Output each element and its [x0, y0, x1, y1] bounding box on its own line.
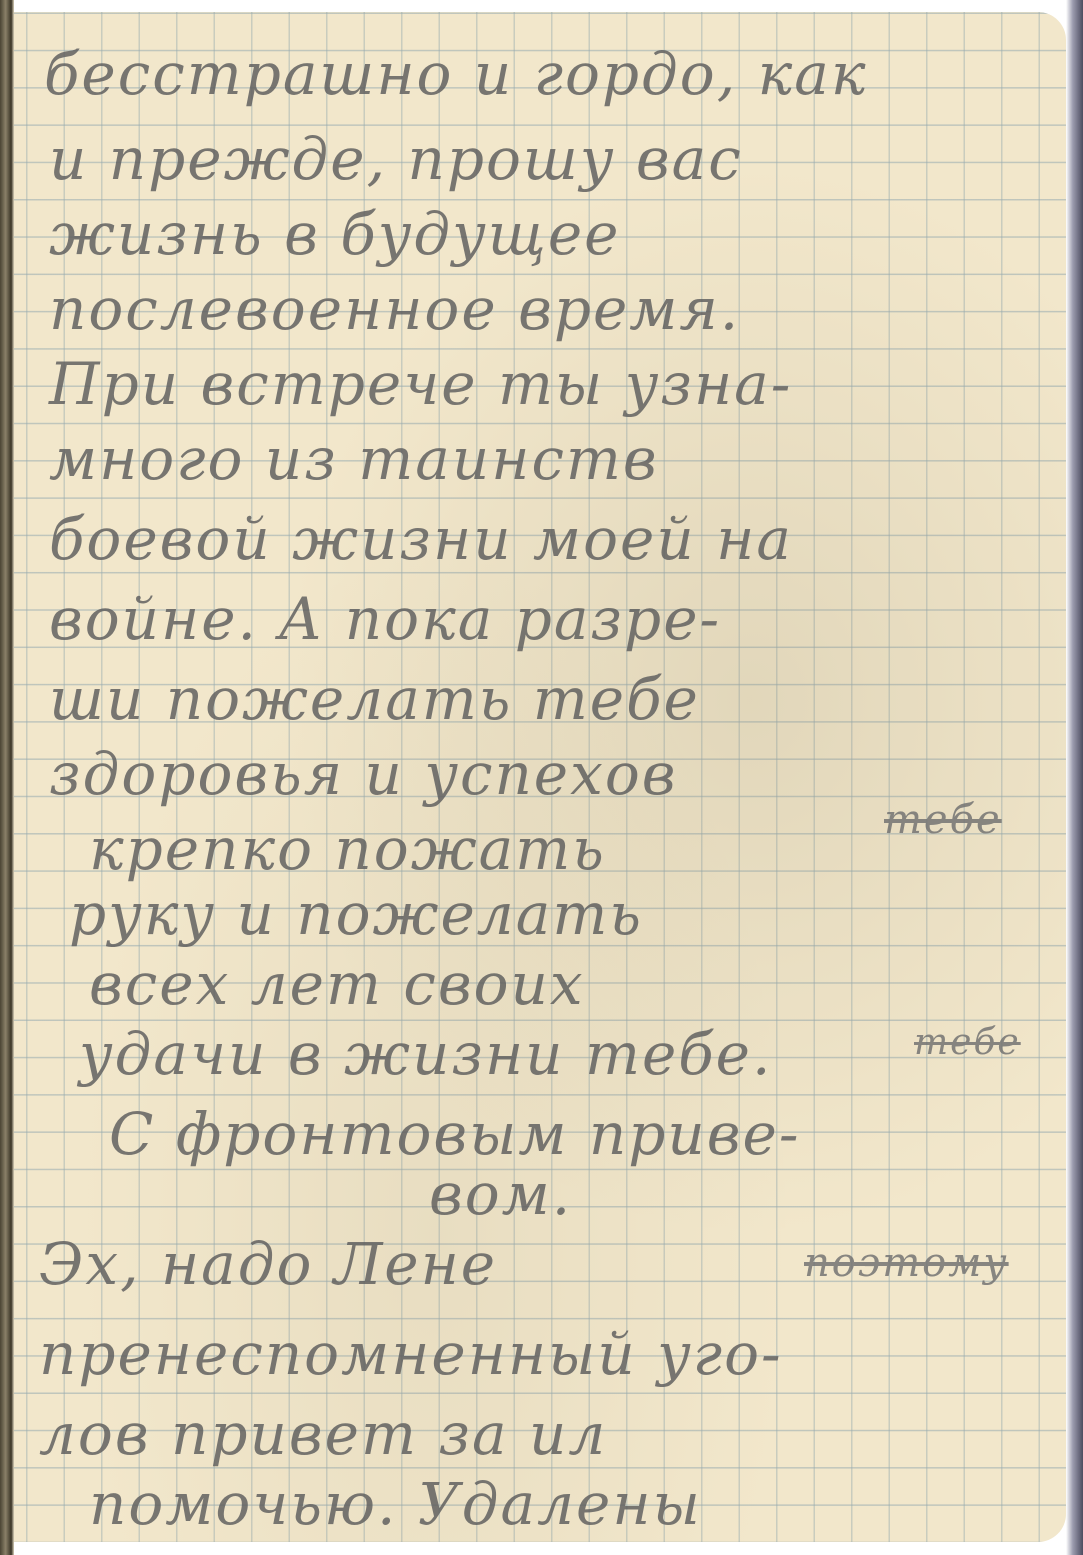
- text-line: послевоенное время.: [49, 275, 740, 343]
- crossed-out-word: тебе: [914, 1022, 1021, 1063]
- text-line: боевой жизни моей на: [49, 505, 793, 573]
- text-line: здоровья и успехов: [49, 740, 678, 808]
- text-line: войне. А пока разре-: [49, 585, 721, 653]
- text-line: пренеспомненный уго-: [39, 1320, 783, 1388]
- text-line: и прежде, прошу вас: [49, 125, 743, 193]
- text-line: Эх, надо Лене: [39, 1230, 497, 1298]
- text-line: удачи в жизни тебе.: [79, 1020, 772, 1088]
- text-line: ши пожелать тебе: [49, 665, 700, 733]
- text-line: бесстрашно и гордо, как: [44, 40, 867, 108]
- text-line: руку и пожелать: [69, 880, 643, 948]
- text-line: жизнь в будущее: [49, 200, 620, 268]
- text-line: лов привет за ил: [39, 1400, 607, 1468]
- text-line: С фронтовым приве-: [109, 1100, 800, 1168]
- text-line: При встрече ты узна-: [49, 350, 792, 418]
- text-line: вом.: [429, 1160, 572, 1228]
- text-line: всех лет своих: [89, 950, 585, 1018]
- text-line: помочью. Удалены: [89, 1470, 702, 1538]
- notebook-spine: [0, 0, 14, 1555]
- crossed-out-word: тебе: [884, 797, 1002, 843]
- crossed-out-word: поэтому: [804, 1240, 1009, 1286]
- notebook-page: бесстрашно и гордо, как и прежде, прошу …: [14, 12, 1066, 1542]
- text-line: крепко пожать: [89, 815, 606, 883]
- page-edge: [1066, 0, 1083, 1555]
- text-line: много из таинств: [49, 425, 659, 493]
